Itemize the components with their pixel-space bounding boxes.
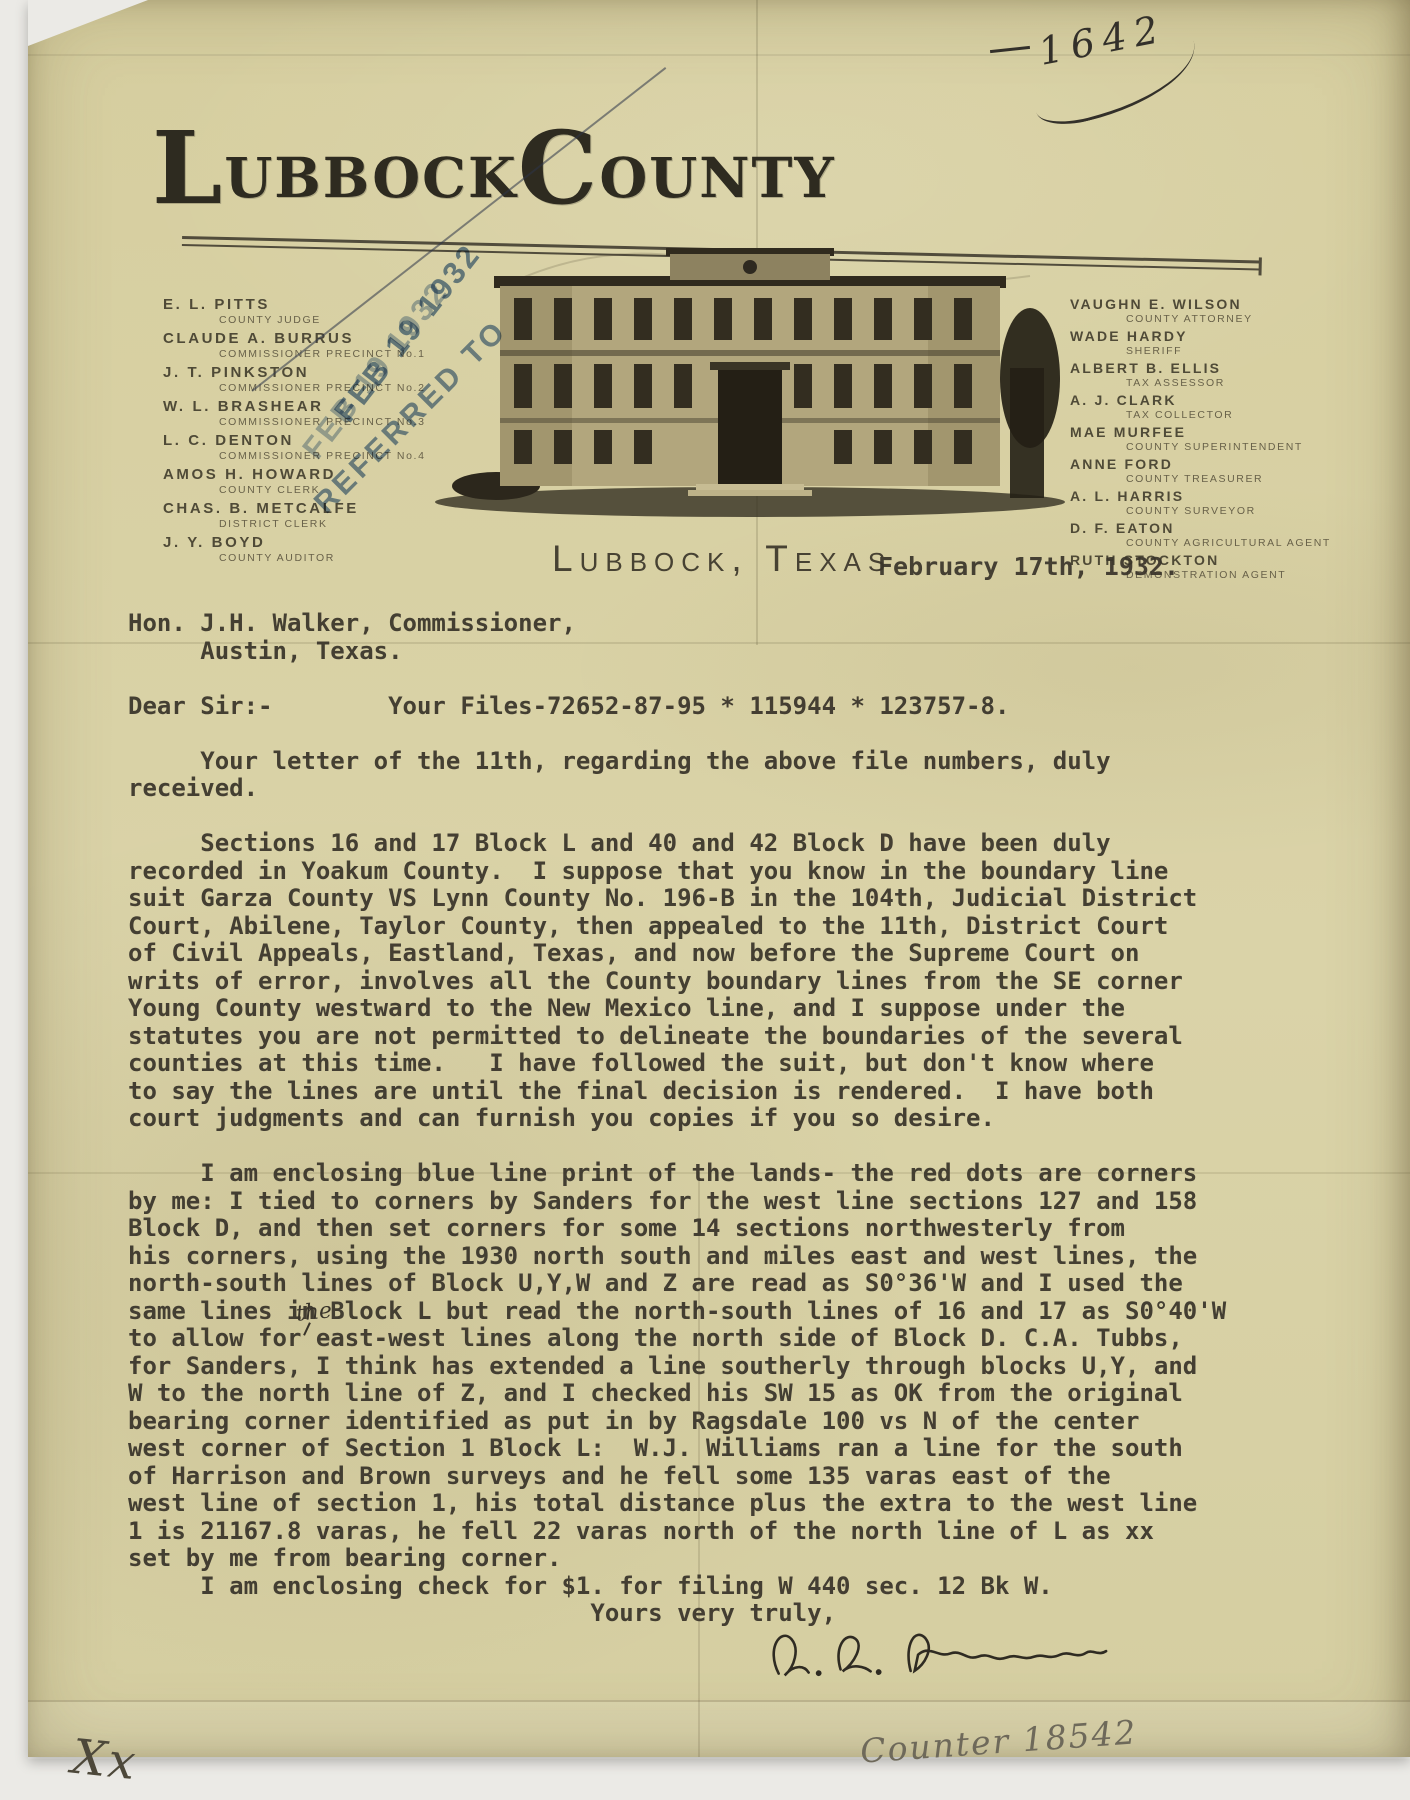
typewritten-line: west line of section 1, his total distan… <box>128 1490 1226 1518</box>
typewritten-line <box>128 1133 1226 1161</box>
typewritten-line: recorded in Yoakum County. I suppose tha… <box>128 858 1226 886</box>
typewritten-line: received. <box>128 775 1226 803</box>
typewritten-line: for Sanders, I think has extended a line… <box>128 1353 1226 1381</box>
typewritten-line: W to the north line of Z, and I checked … <box>128 1380 1226 1408</box>
handwritten-insert-word: the <box>295 1298 333 1327</box>
official-name: J. Y. BOYD <box>163 534 493 551</box>
typewritten-line: I am enclosing check for $1. for filing … <box>128 1573 1226 1601</box>
typewritten-line: to allow for east-west lines along the n… <box>128 1325 1226 1353</box>
title-rest-ubbock: UBBOCK <box>224 145 517 210</box>
official-entry: D. F. EATON COUNTY AGRICULTURAL AGENT <box>1070 520 1390 549</box>
letter-date: February 17th, 1932. <box>878 552 1179 581</box>
typewritten-line: of Civil Appeals, Eastland, Texas, and n… <box>128 940 1226 968</box>
official-entry: ANNE FORD COUNTY TREASURER <box>1070 456 1390 485</box>
official-title: COUNTY AUDITOR <box>219 552 493 564</box>
letterhead-title: LUBBOCKCOUNTY <box>152 118 836 228</box>
official-name: ALBERT B. ELLIS <box>1070 360 1390 376</box>
official-title: TAX COLLECTOR <box>1126 409 1390 421</box>
typewritten-line: same lines in Block L but read the north… <box>128 1298 1226 1326</box>
bottom-left-pen-mark: Xx <box>69 1729 140 1792</box>
official-title: COUNTY AGRICULTURAL AGENT <box>1126 537 1390 549</box>
official-entry: MAE MURFEE COUNTY SUPERINTENDENT <box>1070 424 1390 453</box>
official-name: ANNE FORD <box>1070 456 1390 472</box>
typewritten-line: Hon. J.H. Walker, Commissioner, <box>128 610 1226 638</box>
typewritten-line: 1 is 21167.8 varas, he fell 22 varas nor… <box>128 1518 1226 1546</box>
official-entry: J. Y. BOYD COUNTY AUDITOR <box>163 534 493 564</box>
typewritten-line: north-south lines of Block U,Y,W and Z a… <box>128 1270 1226 1298</box>
letterhead-place: Lubbock, Texas <box>552 538 892 580</box>
signature-a-l-harris: A. L. Harris <box>747 1605 1130 1698</box>
typewritten-line: writs of error, involves all the County … <box>128 968 1226 996</box>
official-name: A. L. HARRIS <box>1070 488 1390 504</box>
courthouse-photo <box>430 228 1070 524</box>
official-entry: A. L. HARRIS COUNTY SURVEYOR <box>1070 488 1390 517</box>
typewritten-line: Your letter of the 11th, regarding the a… <box>128 748 1226 776</box>
official-name: MAE MURFEE <box>1070 424 1390 440</box>
typewritten-line: Young County westward to the New Mexico … <box>128 995 1226 1023</box>
scanned-letter-page: 1642 LUBBOCKCOUNTY E. L. PITTS COUNTY JU… <box>0 0 1410 1800</box>
typewritten-line: Court, Abilene, Taylor County, then appe… <box>128 913 1226 941</box>
official-entry: A. J. CLARK TAX COLLECTOR <box>1070 392 1390 421</box>
typewritten-line: statutes you are not permitted to deline… <box>128 1023 1226 1051</box>
typewritten-line: to say the lines are until the final dec… <box>128 1078 1226 1106</box>
officials-right-column: VAUGHN E. WILSON COUNTY ATTORNEY WADE HA… <box>1070 296 1390 584</box>
letter-body: Hon. J.H. Walker, Commissioner, Austin, … <box>128 610 1226 1628</box>
official-name: A. J. CLARK <box>1070 392 1390 408</box>
typewritten-line: Dear Sir:- Your Files-72652-87-95 * 1159… <box>128 693 1226 721</box>
typewritten-line: Austin, Texas. <box>128 638 1226 666</box>
typewritten-line <box>128 803 1226 831</box>
official-entry: VAUGHN E. WILSON COUNTY ATTORNEY <box>1070 296 1390 325</box>
official-entry: ALBERT B. ELLIS TAX ASSESSOR <box>1070 360 1390 389</box>
typewritten-line: west corner of Section 1 Block L: W.J. W… <box>128 1435 1226 1463</box>
title-initial-l: L <box>152 109 224 227</box>
typewritten-line: I am enclosing blue line print of the la… <box>128 1160 1226 1188</box>
typewritten-line <box>128 720 1226 748</box>
typewritten-line: suit Garza County VS Lynn County No. 196… <box>128 885 1226 913</box>
rule-endcap <box>1258 257 1261 275</box>
typewritten-line: set by me from bearing corner. <box>128 1545 1226 1573</box>
typewritten-line: of Harrison and Brown surveys and he fel… <box>128 1463 1226 1491</box>
typewritten-line: his corners, using the 1930 north south … <box>128 1243 1226 1271</box>
title-rest-ounty: OUNTY <box>599 145 835 210</box>
bottom-fold-band <box>28 1700 1410 1759</box>
official-entry: WADE HARDY SHERIFF <box>1070 328 1390 357</box>
typewritten-line: Block D, and then set corners for some 1… <box>128 1215 1226 1243</box>
official-name: D. F. EATON <box>1070 520 1390 536</box>
typewritten-line: court judgments and can furnish you copi… <box>128 1105 1226 1133</box>
official-title: COUNTY SUPERINTENDENT <box>1126 441 1390 453</box>
official-name: VAUGHN E. WILSON <box>1070 296 1390 312</box>
official-title: COUNTY ATTORNEY <box>1126 313 1390 325</box>
official-title: SHERIFF <box>1126 345 1390 357</box>
typewritten-line: bearing corner identified as put in by R… <box>128 1408 1226 1436</box>
official-title: TAX ASSESSOR <box>1126 377 1390 389</box>
typewritten-line: by me: I tied to corners by Sanders for … <box>128 1188 1226 1216</box>
typewritten-line: counties at this time. I have followed t… <box>128 1050 1226 1078</box>
official-name: WADE HARDY <box>1070 328 1390 344</box>
official-title: COUNTY TREASURER <box>1126 473 1390 485</box>
typewritten-line: Sections 16 and 17 Block L and 40 and 42… <box>128 830 1226 858</box>
typewritten-line <box>128 665 1226 693</box>
official-title: COUNTY SURVEYOR <box>1126 505 1390 517</box>
